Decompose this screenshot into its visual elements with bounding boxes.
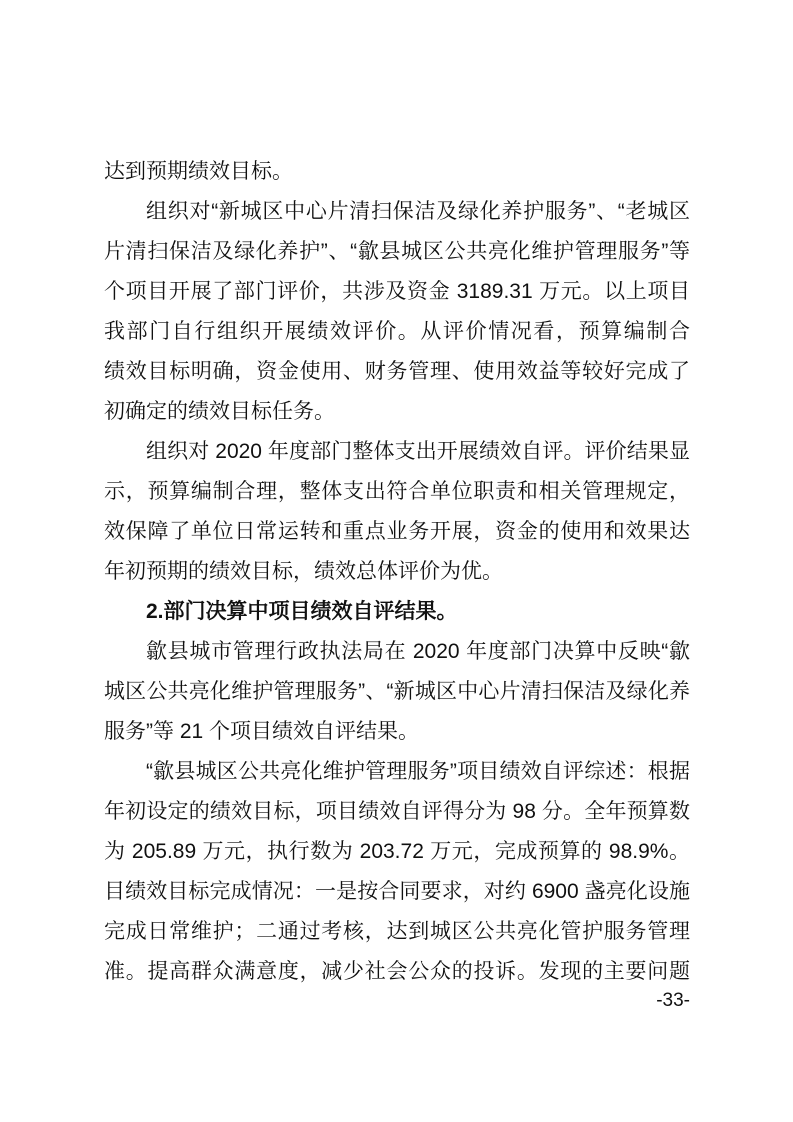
text-line: 我部门自行组织开展绩效评价。从评价情况看，预算编制合理， [104, 312, 690, 352]
text-line: 组织对 2020 年度部门整体支出开展绩效自评。评价结果显 [104, 432, 690, 472]
text-line: 效保障了单位日常运转和重点业务开展，资金的使用和效果达到 [104, 512, 690, 552]
page-number: -33- [104, 990, 690, 1012]
text-line: 年初设定的绩效目标，项目绩效自评得分为 98 分。全年预算数 [104, 792, 690, 832]
text-line: 绩效目标明确，资金使用、财务管理、使用效益等较好完成了年 [104, 352, 690, 392]
text-line: 个项目开展了部门评价，共涉及资金 3189.31 万元。以上项目由 [104, 272, 690, 312]
text-line: 服务”等 21 个项目绩效自评结果。 [104, 712, 690, 752]
text-line: 完成日常维护；二通过考核，达到城区公共亮化管护服务管理标 [104, 912, 690, 952]
text-line: 初确定的绩效目标任务。 [104, 392, 690, 432]
text-line: 为 205.89 万元，执行数为 203.72 万元，完成预算的 98.9%。项 [104, 832, 690, 872]
text-line: 组织对“新城区中心片清扫保洁及绿化养护服务”、“老城区东 [104, 192, 690, 232]
text-line: 示，预算编制合理，整体支出符合单位职责和相关管理规定，有 [104, 472, 690, 512]
text-line: 片清扫保洁及绿化养护”、“歙县城区公共亮化维护管理服务”等 21 [104, 232, 690, 272]
text-line: 目绩效目标完成情况：一是按合同要求，对约 6900 盏亮化设施 [104, 872, 690, 912]
text-line: 城区公共亮化维护管理服务”、“新城区中心片清扫保洁及绿化养护 [104, 672, 690, 712]
text-line: 达到预期绩效目标。 [104, 152, 690, 192]
text-line: “歙县城区公共亮化维护管理服务”项目绩效自评综述：根据 [104, 752, 690, 792]
text-line: 年初预期的绩效目标，绩效总体评价为优。 [104, 552, 690, 592]
section-heading: 2.部门决算中项目绩效自评结果。 [104, 592, 690, 632]
document-page: 达到预期绩效目标。组织对“新城区中心片清扫保洁及绿化养护服务”、“老城区东片清扫… [0, 0, 793, 1122]
text-line: 准。提高群众满意度，减少社会公众的投诉。发现的主要问题及 [104, 952, 690, 992]
text-line: 歙县城市管理行政执法局在 2020 年度部门决算中反映“歙县 [104, 632, 690, 672]
document-body: 达到预期绩效目标。组织对“新城区中心片清扫保洁及绿化养护服务”、“老城区东片清扫… [104, 152, 690, 992]
